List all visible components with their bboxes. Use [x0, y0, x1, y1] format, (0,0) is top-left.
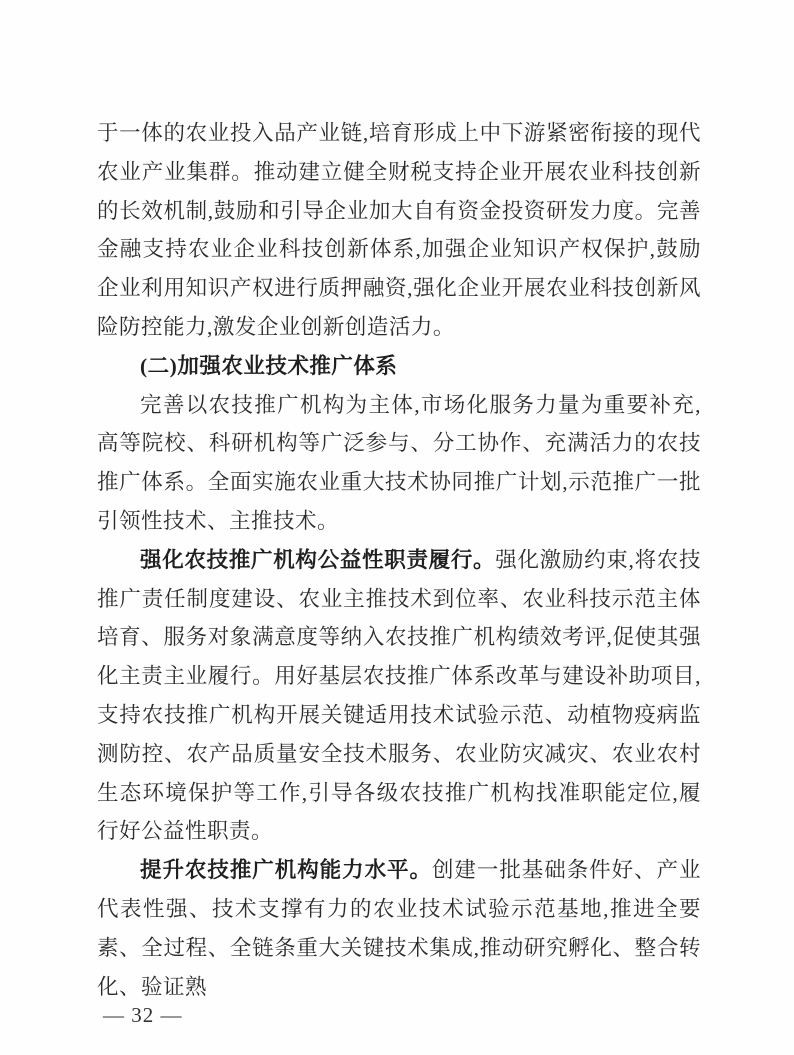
- document-body: 于一体的农业投入品产业链,培育形成上中下游紧密衔接的现代农业产业集群。推动建立健…: [97, 114, 701, 1006]
- paragraph-lead-bold: 提升农技推广机构能力水平。: [140, 858, 432, 882]
- paragraph-text: 强化激励约束,将农技推广责任制度建设、农业主推技术到位率、农业科技示范主体培育、…: [97, 548, 701, 844]
- paragraph-text: 完善以农技推广机构为主体,市场化服务力量为重要补充,高等院校、科研机构等广泛参与…: [97, 393, 701, 533]
- paragraph-lead-bold: 强化农技推广机构公益性职责履行。: [140, 548, 495, 572]
- section-heading-text: (二)加强农业技术推广体系: [140, 354, 397, 378]
- paragraph-extension-system: 完善以农技推广机构为主体,市场化服务力量为重要补充,高等院校、科研机构等广泛参与…: [97, 386, 701, 541]
- page-number: — 32 —: [103, 996, 183, 1034]
- section-heading: (二)加强农业技术推广体系: [97, 347, 701, 386]
- document-page: 于一体的农业投入品产业链,培育形成上中下游紧密衔接的现代农业产业集群。推动建立健…: [0, 0, 794, 1055]
- paragraph-continuation: 于一体的农业投入品产业链,培育形成上中下游紧密衔接的现代农业产业集群。推动建立健…: [97, 114, 701, 347]
- paragraph-text: 于一体的农业投入品产业链,培育形成上中下游紧密衔接的现代农业产业集群。推动建立健…: [97, 121, 701, 339]
- paragraph-capacity-level: 提升农技推广机构能力水平。创建一批基础条件好、产业代表性强、技术支撑有力的农业技…: [97, 851, 701, 1006]
- paragraph-public-duty: 强化农技推广机构公益性职责履行。强化激励约束,将农技推广责任制度建设、农业主推技…: [97, 541, 701, 851]
